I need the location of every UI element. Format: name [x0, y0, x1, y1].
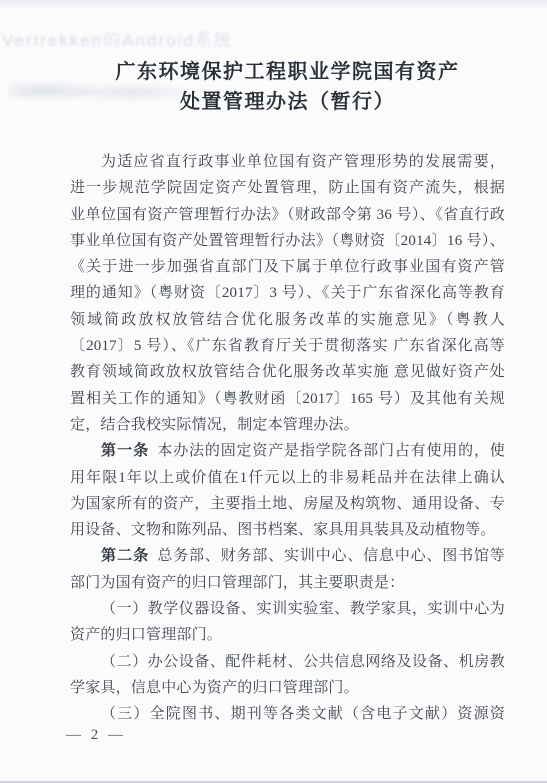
paragraph-line: 资产的归口管理部门。	[70, 622, 505, 648]
paragraph-line: 用年限1年以上或价值在1仟元以上的非易耗品并在法律上确认	[70, 465, 505, 491]
paragraph-line: （二）办公设备、配件耗材、公共信息网络及设备、机房教	[70, 649, 505, 675]
paragraph: （二）办公设备、配件耗材、公共信息网络及设备、机房教学家具，信息中心为资产的归口…	[70, 649, 505, 702]
paragraph-line: 〔2017〕5 号）、《广东省教育厅关于贯彻落实 广东省深化高等	[70, 333, 505, 359]
paragraph-line: 第二条总务部、财务部、实训中心、信息中心、图书馆等	[70, 543, 505, 569]
article-number: 第二条	[101, 548, 149, 564]
bleedthrough-smudge	[8, 78, 198, 104]
paragraph-line: 定，结合我校实际情况，制定本管理办法。	[70, 412, 505, 438]
paragraph-line: 置相关工作的通知》（粤教财函〔2017〕165 号）及其他有关规	[70, 386, 505, 412]
article-number: 第一条	[101, 443, 149, 459]
paragraph-line: 第一条本办法的固定资产是指学院各部门占有使用的，使	[70, 438, 505, 464]
paragraph-line: （一）教学仪器设备、实训实验室、教学家具，实训中心为	[70, 596, 505, 622]
bleedthrough-text: Vertrekken的Android系统	[2, 26, 302, 51]
paragraph-line: 业单位国有资产管理暂行办法》（财政部令第 36 号）、《省直行政	[70, 202, 505, 228]
paragraph-line: 为适应省直行政事业单位国有资产管理形势的发展需要，	[70, 149, 505, 175]
paragraph: 第二条总务部、财务部、实训中心、信息中心、图书馆等部门为国有资产的归口管理部门，…	[70, 543, 505, 596]
paragraph-line: 事业单位国有资产处置管理暂行办法》（粤财资〔2014〕16 号）、	[70, 228, 505, 254]
paragraph-line: 教育领域简政放权放管结合优化服务改革实施 意见做好资产处	[70, 359, 505, 385]
document-page: Vertrekken的Android系统 广东环境保护工程职业学院国有资产 处置…	[0, 0, 547, 783]
paragraph-line: 学家具，信息中心为资产的归口管理部门。	[70, 675, 505, 701]
paragraph-line: 理的通知》（粤财资〔2017〕3 号）、《关于广东省深化高等教育	[70, 280, 505, 306]
document-body: 为适应省直行政事业单位国有资产管理形势的发展需要，进一步规范学院固定资产处置管理…	[70, 149, 505, 728]
paragraph-line: 部门为国有资产的归口管理部门，其主要职责是：	[70, 570, 505, 596]
paragraph-line: 进一步规范学院固定资产处置管理，防止国有资产流失，根据《事	[70, 175, 505, 201]
paragraph: 第一条本办法的固定资产是指学院各部门占有使用的，使用年限1年以上或价值在1仟元以…	[70, 438, 505, 543]
paragraph: （三）全院图书、期刊等各类文献（含电子文献）资源资产，	[70, 701, 505, 727]
paragraph-line: （三）全院图书、期刊等各类文献（含电子文献）资源资产，	[70, 701, 505, 727]
paragraph-line: 《关于进一步加强省直部门及下属于单位行政事业国有资产管	[70, 254, 505, 280]
paragraph-line: 领域简政放权放管结合优化服务改革的实施意见》（粤教人	[70, 307, 505, 333]
paragraph-line: 为国家所有的资产，主要指土地、房屋及构筑物、通用设备、专	[70, 491, 505, 517]
paragraph: 为适应省直行政事业单位国有资产管理形势的发展需要，进一步规范学院固定资产处置管理…	[70, 149, 505, 438]
page-number: — 2 —	[66, 727, 126, 744]
paragraph-line: 用设备、文物和陈列品、图书档案、家具用具装具及动植物等。	[70, 517, 505, 543]
paragraph: （一）教学仪器设备、实训实验室、教学家具，实训中心为资产的归口管理部门。	[70, 596, 505, 649]
